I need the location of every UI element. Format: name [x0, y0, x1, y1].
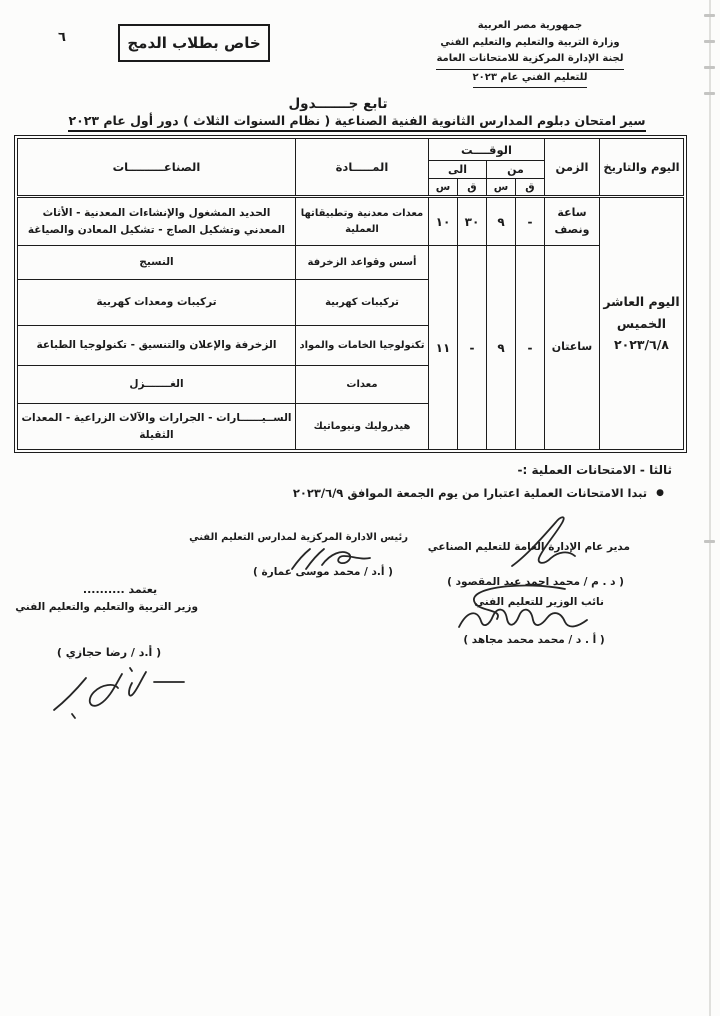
scan-edge-mark — [704, 14, 715, 17]
minister-title: وزير التربية والتعليم والتعليم الفني — [22, 601, 198, 613]
header-industries: الصناعـــــــــات — [17, 139, 295, 197]
signature-squiggle-deputy-minister — [445, 583, 595, 635]
page-number: ٦ — [58, 30, 66, 45]
stamp-label: خاص بطلاب الدمج — [127, 34, 260, 52]
from-minutes-cell: - — [516, 246, 545, 450]
from-minutes-cell: - — [516, 197, 545, 246]
header-time-from: من — [487, 161, 545, 179]
exam-schedule-title: سير امتحان دبلوم المدارس الثانوية الفنية… — [0, 113, 714, 132]
from-hours-cell: ٩ — [487, 197, 516, 246]
subject-cell: تركيبات كهربية — [295, 280, 428, 326]
scanned-exam-schedule-page: ٦ خاص بطلاب الدمج جمهورية مصر العربية وز… — [0, 0, 720, 1016]
subject-cell: أسس وقواعد الزخرفة — [295, 246, 428, 280]
bullet-icon: ● — [656, 489, 664, 498]
header-to-hours: س — [428, 179, 457, 197]
to-hours-cell: ١١ — [428, 246, 457, 450]
practical-exams-note-text: تبدا الامتحانات العملية اعتبارا من يوم ا… — [293, 486, 647, 500]
to-minutes-cell: ٣٠ — [458, 197, 487, 246]
industries-cell: النسيج — [17, 246, 295, 280]
letterhead-country: جمهورية مصر العربية — [428, 18, 632, 35]
industries-cell: تركيبات ومعدات كهربية — [17, 280, 295, 326]
to-hours-cell: ١٠ — [428, 197, 457, 246]
signature-squiggle-industrial-director — [498, 512, 583, 570]
scan-edge-mark — [704, 66, 715, 69]
to-minutes-cell: - — [458, 246, 487, 450]
scan-edge-line — [709, 0, 711, 1016]
header-time-to: الى — [428, 161, 486, 179]
duration-cell: ساعة ونصف — [545, 197, 600, 246]
table-row: ساعتان - ٩ - ١١ أسس وقواعد الزخرفة النسي… — [17, 246, 683, 280]
exam-schedule-table: اليوم والتاريخ الزمن الوقــــت المـــــا… — [18, 138, 684, 450]
header-from-minutes: ق — [516, 179, 545, 197]
subject-cell: معدات معدنية وتطبيقاتها العملية — [295, 197, 428, 246]
letterhead-year: للتعليم الفني عام ٢٠٢٣ — [428, 70, 632, 89]
industries-cell: الســيــــــارات - الجرارات والآلات الزر… — [17, 404, 295, 450]
industries-cell: الحديد المشغول والإنشاءات المعدنية - الأ… — [17, 197, 295, 246]
practical-exams-note: ● تبدا الامتحانات العملية اعتبارا من يوم… — [293, 486, 664, 500]
minister-name: ( أ.د / رضا حجازي ) — [50, 646, 168, 659]
subject-cell: هيدروليك ونيوماتيك — [295, 404, 428, 450]
header-to-minutes: ق — [458, 179, 487, 197]
industries-cell: الزخرفة والإعلان والتنسيق - تكنولوجيا ال… — [17, 326, 295, 366]
practical-exams-heading: ثالثا - الامتحانات العملية :- — [517, 463, 672, 477]
integration-students-stamp: خاص بطلاب الدمج — [118, 24, 270, 62]
scan-edge-mark — [704, 540, 715, 543]
schedule-continuation-title: تابع جـــــــدول — [0, 96, 676, 112]
central-admin-head-title: رئيس الادارة المركزية لمدارس التعليم الف… — [226, 532, 408, 543]
approval-label: يعتمد .......... — [58, 583, 182, 596]
subject-cell: تكنولوجيا الخامات والمواد — [295, 326, 428, 366]
scan-edge-mark — [704, 92, 715, 95]
industries-cell: الغـــــــزل — [17, 366, 295, 404]
header-time: الوقــــت — [428, 139, 544, 161]
table-row: اليوم العاشر الخميس ٢٠٢٣/٦/٨ ساعة ونصف -… — [17, 197, 683, 246]
letterhead-ministry: وزارة التربية والتعليم والتعليم الفني — [428, 35, 632, 52]
subject-cell: معدات — [295, 366, 428, 404]
day-date-cell: اليوم العاشر الخميس ٢٠٢٣/٦/٨ — [600, 197, 684, 450]
header-duration: الزمن — [545, 139, 600, 197]
header-from-hours: س — [487, 179, 516, 197]
signature-squiggle-minister — [42, 666, 188, 718]
duration-cell: ساعتان — [545, 246, 600, 450]
letterhead-committee: لجنة الإدارة المركزية للامتحانات العامة — [428, 51, 632, 70]
scan-edge-mark — [704, 40, 715, 43]
central-admin-head-name: ( أ.د / محمد موسى عمارة ) — [250, 566, 396, 578]
header-day-date: اليوم والتاريخ — [600, 139, 684, 197]
from-hours-cell: ٩ — [487, 246, 516, 450]
ministry-letterhead: جمهورية مصر العربية وزارة التربية والتعل… — [428, 18, 632, 88]
deputy-minister-name: ( أ . د / محمد محمد مجاهد ) — [448, 634, 620, 646]
header-subject: المـــــادة — [295, 139, 428, 197]
